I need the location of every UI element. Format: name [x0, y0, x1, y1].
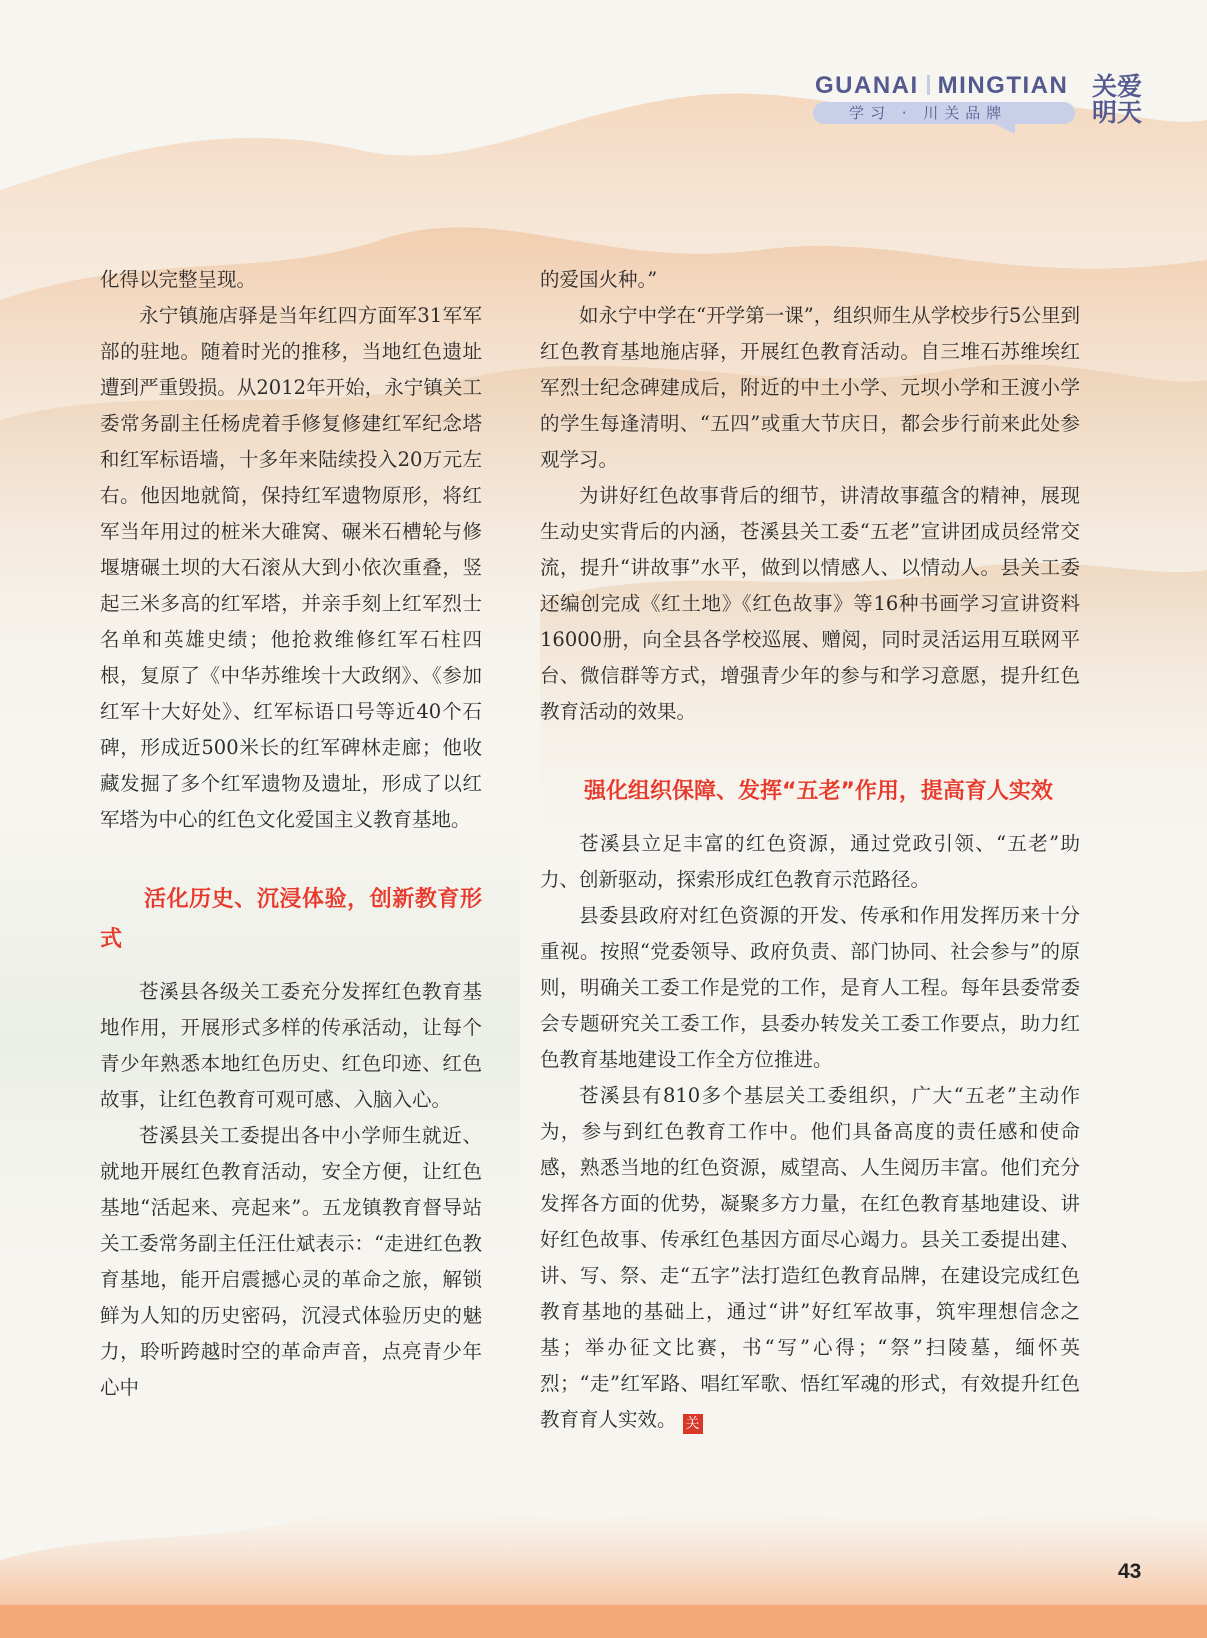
brand-cn-line1: 关爱 [1092, 74, 1146, 100]
paragraph: 永宁镇施店驿是当年红四方面军31军军部的驻地。随着时光的推移，当地红色遗址遭到严… [100, 298, 482, 838]
end-mark-icon: 关 [683, 1414, 703, 1434]
section-heading: 活化历史、沉浸体验，创新教育形式 [100, 880, 482, 960]
paragraph: 的爱国火种。” [540, 262, 1080, 298]
section-heading: 强化组织保障、发挥“五老”作用，提高育人实效 [540, 772, 1080, 812]
section-subtitle-pill: 学习 · 川关品牌 [813, 102, 1075, 124]
page-number: 43 [1118, 1560, 1141, 1584]
paragraph: 化得以完整呈现。 [100, 262, 482, 298]
paragraph: 县委县政府对红色资源的开发、传承和作用发挥历来十分重视。按照“党委领导、政府负责… [540, 898, 1080, 1078]
brand-separator [927, 75, 930, 95]
right-column: 的爱国火种。” 如永宁中学在“开学第一课”，组织师生从学校步行5公里到红色教育基… [540, 262, 1080, 1438]
paragraph: 苍溪县各级关工委充分发挥红色教育基地作用，开展形式多样的传承活动，让每个青少年熟… [100, 974, 482, 1118]
paragraph: 苍溪县有810多个基层关工委组织，广大“五老”主动作为，参与到红色教育工作中。他… [540, 1078, 1080, 1438]
left-column: 化得以完整呈现。 永宁镇施店驿是当年红四方面军31军军部的驻地。随着时光的推移，… [100, 262, 482, 1406]
paragraph: 为讲好红色故事背后的细节，讲清故事蕴含的精神，展现生动史实背后的内涵，苍溪县关工… [540, 478, 1080, 730]
paragraph: 苍溪县立足丰富的红色资源，通过党政引领、“五老”助力、创新驱动，探索形成红色教育… [540, 826, 1080, 898]
paragraph: 如永宁中学在“开学第一课”，组织师生从学校步行5公里到红色教育基地施店驿，开展红… [540, 298, 1080, 478]
brand-en-left: GUANAI [815, 72, 919, 99]
brand-en-right: MINGTIAN [938, 72, 1069, 99]
brand-cn-line2: 明天 [1092, 100, 1146, 126]
brand-english: GUANAIMINGTIAN [815, 72, 1075, 100]
brand-logo-chinese: 关爱 明天 [1092, 74, 1146, 126]
paragraph: 苍溪县关工委提出各中小学师生就近、就地开展红色教育活动，安全方便，让红色基地“活… [100, 1118, 482, 1406]
magazine-header: GUANAIMINGTIAN 学习 · 川关品牌 [815, 72, 1075, 124]
paragraph-text: 苍溪县有810多个基层关工委组织，广大“五老”主动作为，参与到红色教育工作中。他… [540, 1084, 1080, 1431]
